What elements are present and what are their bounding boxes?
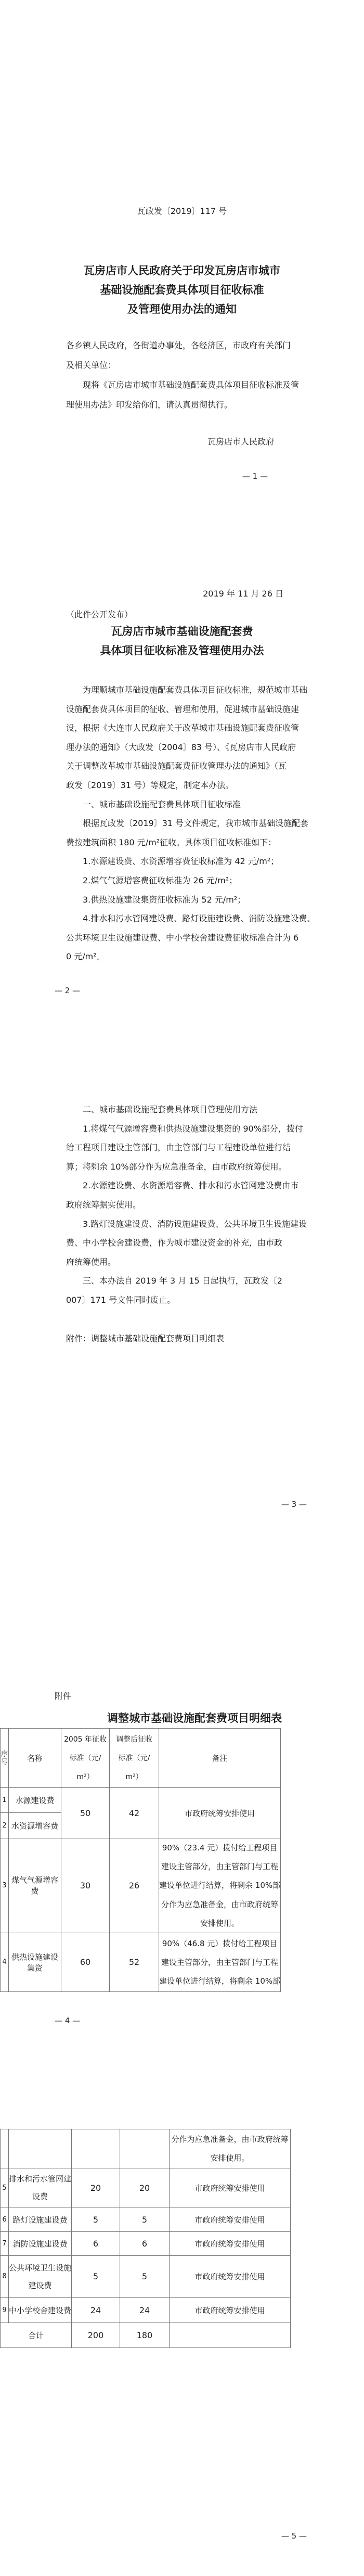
text-line: 建设费 xyxy=(9,2277,71,2294)
cell-old-value: 60 xyxy=(61,1933,110,1991)
remark-lines: 90%（23.4 元）拨付给工程项目建设主管部分，由主管部门与工程建设单位进行结… xyxy=(159,1838,280,1933)
text-line: 标准（元/ xyxy=(110,1749,159,1768)
cell-old-value: 50 xyxy=(61,1788,110,1838)
cell-name: 水资源增容费 xyxy=(9,1813,61,1838)
cell-remark: 市政府统筹安排使用 xyxy=(170,2298,291,2323)
header-old-lines: 2005 年征收标准（元/m²） xyxy=(61,1730,109,1786)
text-line: 费、中小学校舍建设费，作为城市建设资金的补充，由市政 xyxy=(66,1234,305,1253)
text-line: 理办法的通知》（大政发〔2004〕83 号）、《瓦房店市人民政府 xyxy=(66,738,305,757)
cell-index: 6 xyxy=(1,2207,9,2232)
text-line: 给工程项目建设主管部门，由主管部门与工程建设单位进行结 xyxy=(66,1138,305,1158)
cell-new-value: 6 xyxy=(120,2232,170,2256)
page1-body: 各乡镇人民政府，各街道办事处，各经济区，市政府有关部门及相关单位： 现将《瓦房店… xyxy=(66,336,305,415)
cell-name: 中小学校舍建设费 xyxy=(9,2298,72,2323)
cell-remark: 市政府统筹安排使用 xyxy=(170,2207,291,2232)
text-line: 各乡镇人民政府，各街道办事处，各经济区，市政府有关部门 xyxy=(66,336,305,356)
text-line: 算；将剩余 10%部分作为应急准备金，由市政府统筹使用。 xyxy=(66,1158,305,1177)
cell-new-value: 52 xyxy=(110,1933,159,1991)
header-index-line: 号 xyxy=(1,1758,8,1766)
text-line: 安排使用。 xyxy=(159,1914,280,1933)
cell-name: 排水和污水管网建设费 xyxy=(9,2168,72,2207)
text-line: 及相关单位： xyxy=(66,356,305,375)
text-line: 建设主管部分，由主管部门与工程 xyxy=(159,1857,280,1876)
cell-remark: 市政府统筹安排使用 xyxy=(170,2168,291,2207)
text-line: 分作为应急准备金，由市政府统筹 xyxy=(159,1895,280,1914)
text-line: 1.将煤气气源增容费和供热设施建设集资的 90%部分，拨付 xyxy=(66,1120,305,1139)
cell-total-label: 合计 xyxy=(1,2323,72,2348)
text-line: 4.排水和污水管网建设费、路灯设施建设费、消防设施建设费、 xyxy=(66,909,305,929)
fee-table-part1: 序 号 名称 2005 年征收标准（元/m²） 调整后征收标准（元/m²） 备注… xyxy=(0,1728,281,1992)
table-row: 9 中小学校舍建设费 24 24 市政府统筹安排使用 xyxy=(1,2298,291,2323)
cell-total-remark xyxy=(170,2323,291,2348)
cell-name: 煤气气源增容费 xyxy=(9,1838,61,1933)
text-line: 设，根据《大连市人民政府关于改革城市基础设施配套费征收管 xyxy=(66,719,305,738)
cell-old-value: 5 xyxy=(72,2256,120,2298)
text-line: 府统筹使用。 xyxy=(66,1253,305,1272)
name-lines: 排水和污水管网建设费 xyxy=(9,2170,71,2205)
text-line: 标准（元/ xyxy=(61,1749,109,1768)
measures-title-line: 具体项目征收标准及管理使用办法 xyxy=(0,641,364,661)
cell-remark: 市政府统筹安排使用 xyxy=(159,1788,281,1838)
header-new-lines: 调整后征收标准（元/m²） xyxy=(110,1730,159,1786)
text-line: 3.路灯设施建设费、消防设施建设费、公共环境卫生设施建设 xyxy=(66,1215,305,1234)
cell-name: 水源建设费 xyxy=(9,1788,61,1813)
attachment-note: 附件：调整城市基础设施配套费项目明细表 xyxy=(66,1329,224,1348)
text-line: 调整后征收 xyxy=(110,1730,159,1749)
header-index: 序 号 xyxy=(1,1729,9,1788)
text-line: 为理顺城市基础设施配套费具体项目征收标准，规范城市基础 xyxy=(66,681,305,700)
text-line: 3.供热设施建设集资征收标准为 52 元/m²； xyxy=(66,891,305,910)
text-line: 安排使用。 xyxy=(170,2149,290,2167)
cell-total-old: 200 xyxy=(72,2323,120,2348)
cell-index: 1 xyxy=(1,1788,9,1813)
measures-title-line: 瓦房店市城市基础设施配套费 xyxy=(0,622,364,641)
text-line: 政府统筹据实使用。 xyxy=(66,1196,305,1215)
cell-name: 路灯设施建设费 xyxy=(9,2207,72,2232)
cell-new-value: 24 xyxy=(120,2298,170,2323)
header-index-line: 序 xyxy=(1,1750,8,1758)
cell-new-value: 5 xyxy=(120,2256,170,2298)
cell-name: 公共环境卫生设施建设费 xyxy=(9,2256,72,2298)
cell-old-value: 5 xyxy=(72,2207,120,2232)
text-line: 2.煤气气源增容费征收标准为 26 元/m²； xyxy=(66,871,305,891)
government-document: 瓦政发〔2019〕117 号 瓦房店市人民政府关于印发瓦房店市城市 基础设施配套… xyxy=(0,0,364,2576)
cell-old-value xyxy=(72,2129,120,2168)
table-total-row: 合计 200 180 xyxy=(1,2323,291,2348)
table-row: 4 供热设施建设集资 60 52 90%（46.8 元）拨付给工程项目建设主管部… xyxy=(1,1933,281,1991)
header-remark: 备注 xyxy=(159,1729,281,1788)
cell-new-value: 26 xyxy=(110,1838,159,1933)
publish-note: （此件公开发布） xyxy=(66,605,133,624)
notice-title-line: 瓦房店市人民政府关于印发瓦房店市城市 xyxy=(0,261,364,281)
table-row: 5 排水和污水管网建设费 20 20 市政府统筹安排使用 xyxy=(1,2168,291,2207)
cell-index: 4 xyxy=(1,1933,9,1991)
header-name: 名称 xyxy=(9,1729,61,1788)
cell-new-value: 20 xyxy=(120,2168,170,2207)
text-line: 2.水源建设费、水资源增容费、排水和污水管网建设费由市 xyxy=(66,1176,305,1196)
text-line: 排水和污水管网建 xyxy=(9,2170,71,2188)
cell-new-value: 42 xyxy=(110,1788,159,1838)
cell-index: 9 xyxy=(1,2298,9,2323)
cell-index: 3 xyxy=(1,1838,9,1933)
text-line: 二、城市基础设施配套费具体项目管理使用方法 xyxy=(66,1100,305,1120)
issue-date: 2019 年 11 月 26 日 xyxy=(0,584,283,603)
cell-name: 供热设施建设集资 xyxy=(9,1933,61,1991)
header-new-standard: 调整后征收标准（元/m²） xyxy=(110,1729,159,1788)
text-line: 政发〔2019〕31 号）等规定，制定本办法。 xyxy=(66,776,305,795)
text-line: 费按建筑面积 180 元/m²征收。具体项目征收标准如下： xyxy=(66,833,305,853)
page3-body: 二、城市基础设施配套费具体项目管理使用方法 1.将煤气气源增容费和供热设施建设集… xyxy=(66,1100,305,1310)
page-number-2: — 2 — xyxy=(55,982,80,999)
table-row: 6 路灯设施建设费 5 5 市政府统筹安排使用 xyxy=(1,2207,291,2232)
text-line: 设费 xyxy=(9,2188,71,2205)
name-lines: 公共环境卫生设施建设费 xyxy=(9,2259,71,2294)
notice-title: 瓦房店市人民政府关于印发瓦房店市城市 基础设施配套费具体项目征收标准 及管理使用… xyxy=(0,261,364,319)
text-line: 90%（46.8 元）拨付给工程项目 xyxy=(159,1934,280,1953)
text-line: 公共环境卫生设施 xyxy=(9,2259,71,2277)
notice-title-line: 及管理使用办法的通知 xyxy=(0,300,364,319)
text-line: 2005 年征收 xyxy=(61,1730,109,1749)
cell-remark: 90%（46.8 元）拨付给工程项目建设主管部分，由主管部门与工程建设单位进行结… xyxy=(159,1933,281,1991)
page-number-1: — 1 — xyxy=(0,467,268,485)
text-line: 现将《瓦房店市城市基础设施配套费具体项目征收标准及管 xyxy=(66,375,305,395)
text-line: 0 元/m²。 xyxy=(66,947,305,967)
text-line: 根据瓦政发〔2019〕31 号文件规定，我市城市基础设施配套 xyxy=(66,814,305,833)
text-line: 建设主管部分，由主管部门与工程 xyxy=(159,1953,280,1972)
remark-lines: 分作为应急准备金，由市政府统筹安排使用。 xyxy=(170,2130,290,2167)
issuer-signature: 瓦房店市人民政府 xyxy=(0,432,274,451)
cell-remark: 市政府统筹安排使用 xyxy=(170,2256,291,2298)
text-line: 设施配套费具体项目的征收、管理和使用，促进城市基础设施建 xyxy=(66,700,305,719)
cell-old-value: 24 xyxy=(72,2298,120,2323)
notice-title-line: 基础设施配套费具体项目征收标准 xyxy=(0,281,364,300)
cell-old-value: 30 xyxy=(61,1838,110,1933)
table-header-row: 序 号 名称 2005 年征收标准（元/m²） 调整后征收标准（元/m²） 备注 xyxy=(1,1729,281,1788)
cell-index: 7 xyxy=(1,2232,9,2256)
text-line: 理使用办法》印发给你们，请认真贯彻执行。 xyxy=(66,395,305,415)
cell-index xyxy=(1,2129,9,2168)
page-number-3: — 3 — xyxy=(0,1495,307,1513)
cell-new-value: 5 xyxy=(120,2207,170,2232)
table-row: 3 煤气气源增容费 30 26 90%（23.4 元）拨付给工程项目建设主管部分… xyxy=(1,1838,281,1933)
page-number-5: — 5 — xyxy=(0,2527,307,2545)
attachment-label: 附件 xyxy=(55,1686,71,1706)
text-line: 建设单位进行结算，将剩余 10%部 xyxy=(159,1876,280,1895)
fee-table-part2: 分作为应急准备金，由市政府统筹安排使用。 5 排水和污水管网建设费 20 20 … xyxy=(0,2129,291,2348)
text-line: 007〕171 号文件同时废止。 xyxy=(66,1291,305,1310)
text-line: 建设单位进行结算，将剩余 10%部 xyxy=(159,1972,280,1990)
cell-remark: 市政府统筹安排使用 xyxy=(170,2232,291,2256)
cell-name xyxy=(9,2129,72,2168)
cell-old-value: 20 xyxy=(72,2168,120,2207)
text-line: 分作为应急准备金，由市政府统筹 xyxy=(170,2130,290,2149)
page2-body: 为理顺城市基础设施配套费具体项目征收标准，规范城市基础设施配套费具体项目的征收、… xyxy=(66,681,305,967)
text-line: 关于调整改革城市基础设施配套费征收管理办法的通知》（瓦 xyxy=(66,757,305,776)
text-line: 一、城市基础设施配套费具体项目征收标准 xyxy=(66,795,305,815)
text-line: 三、本办法自 2019 年 3 月 15 日起执行，瓦政发〔2 xyxy=(66,1272,305,1291)
cell-remark: 分作为应急准备金，由市政府统筹安排使用。 xyxy=(170,2129,291,2168)
page-number-4: — 4 — xyxy=(55,2012,80,2029)
text-line: 公共环境卫生设施建设费、中小学校舍建设费征收标准合计为 6 xyxy=(66,929,305,948)
text-line: 1.水源建设费、水资源增容费征收标准为 42 元/m²； xyxy=(66,852,305,871)
text-line: m²） xyxy=(110,1768,159,1786)
cell-name: 消防设施建设费 xyxy=(9,2232,72,2256)
cell-total-new: 180 xyxy=(120,2323,170,2348)
fee-table-title: 调整城市基础设施配套费项目明细表 xyxy=(55,1709,334,1728)
cell-index: 5 xyxy=(1,2168,9,2207)
table-row: 1 水源建设费 50 42 市政府统筹安排使用 xyxy=(1,1788,281,1813)
header-old-standard: 2005 年征收标准（元/m²） xyxy=(61,1729,110,1788)
cell-new-value xyxy=(120,2129,170,2168)
doc-number: 瓦政发〔2019〕117 号 xyxy=(0,201,364,221)
remark-lines: 90%（46.8 元）拨付给工程项目建设主管部分，由主管部门与工程建设单位进行结… xyxy=(159,1934,280,1991)
table-row: 8 公共环境卫生设施建设费 5 5 市政府统筹安排使用 xyxy=(1,2256,291,2298)
table-row: 7 消防设施建设费 6 6 市政府统筹安排使用 xyxy=(1,2232,291,2256)
measures-title: 瓦房店市城市基础设施配套费 具体项目征收标准及管理使用办法 xyxy=(0,622,364,661)
cell-index: 8 xyxy=(1,2256,9,2298)
text-line: 90%（23.4 元）拨付给工程项目 xyxy=(159,1838,280,1857)
cell-remark: 90%（23.4 元）拨付给工程项目建设主管部分，由主管部门与工程建设单位进行结… xyxy=(159,1838,281,1933)
cell-index: 2 xyxy=(1,1813,9,1838)
text-line: m²） xyxy=(61,1768,109,1786)
cell-old-value: 6 xyxy=(72,2232,120,2256)
table-row-continued: 分作为应急准备金，由市政府统筹安排使用。 xyxy=(1,2129,291,2168)
